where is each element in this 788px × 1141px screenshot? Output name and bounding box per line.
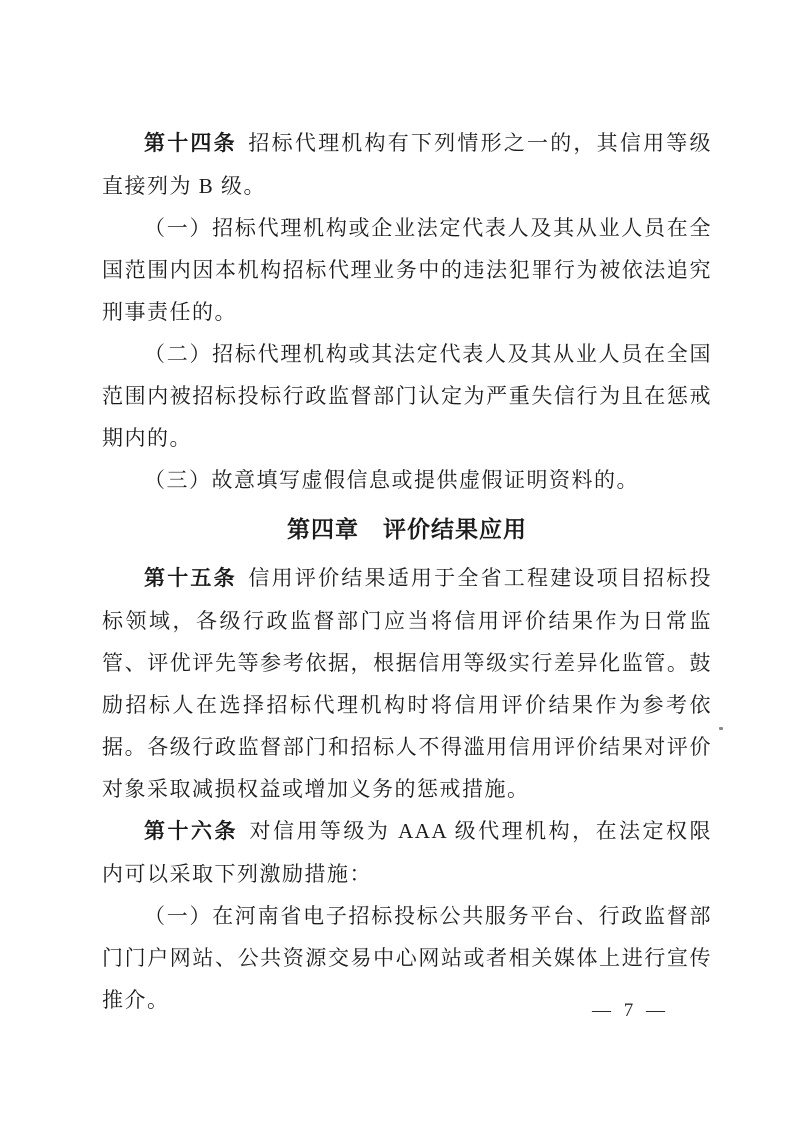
scan-artifact-dot [719, 727, 723, 730]
article-14-item-1-text: （一）招标代理机构或企业法定代表人及其从业人员在全国范围内因本机构招标代理业务中… [102, 216, 712, 324]
article-16-label: 第十六条 [144, 820, 238, 843]
document-page: 第十四条招标代理机构有下列情形之一的，其信用等级直接列为 B 级。 （一）招标代… [0, 0, 788, 1141]
article-14-item-3: （三）故意填写虚假信息或提供虚假证明资料的。 [102, 459, 712, 501]
article-15-text: 信用评价结果适用于全省工程建设项目招标投标领域，各级行政监督部门应当将信用评价结… [102, 566, 712, 801]
page-number: — 7 — [592, 1000, 669, 1022]
article-16-item-1-text: （一）在河南省电子招标投标公共服务平台、行政监督部门门户网站、公共资源交易中心网… [102, 904, 712, 1012]
chapter-4-heading: 第四章 评价结果应用 [102, 508, 712, 550]
article-16-paragraph: 第十六条对信用等级为 AAA 级代理机构，在法定权限内可以采取下列激励措施： [102, 810, 712, 895]
article-14-item-1: （一）招标代理机构或企业法定代表人及其从业人员在全国范围内因本机构招标代理业务中… [102, 207, 712, 333]
article-14-item-2-text: （二）招标代理机构或其法定代表人及其从业人员在全国范围内被招标投标行政监督部门认… [102, 342, 712, 450]
article-15-paragraph: 第十五条信用评价结果适用于全省工程建设项目招标投标领域，各级行政监督部门应当将信… [102, 557, 712, 810]
article-15-label: 第十五条 [144, 567, 237, 590]
article-14-paragraph: 第十四条招标代理机构有下列情形之一的，其信用等级直接列为 B 级。 [102, 122, 712, 207]
document-body: 第十四条招标代理机构有下列情形之一的，其信用等级直接列为 B 级。 （一）招标代… [102, 122, 712, 1021]
article-14-label: 第十四条 [144, 132, 237, 155]
article-14-item-2: （二）招标代理机构或其法定代表人及其从业人员在全国范围内被招标投标行政监督部门认… [102, 333, 712, 459]
article-14-item-3-text: （三）故意填写虚假信息或提供虚假证明资料的。 [144, 468, 639, 492]
